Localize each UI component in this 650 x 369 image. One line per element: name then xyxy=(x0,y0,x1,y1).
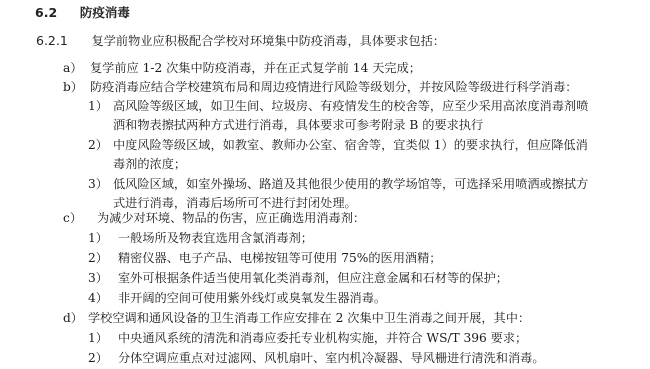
item-b3-label: 3） xyxy=(88,177,108,191)
item-b1-label: 1） xyxy=(88,99,108,113)
clause-number: 6.2.1 xyxy=(36,33,68,48)
item-d2-text: 分体空调应重点对过滤网、风机扇叶、室内机冷凝器、导风栅进行清洗和消毒。 xyxy=(118,351,545,365)
item-c-text: 为减少对环境、物品的伤害，应正确选用消毒剂： xyxy=(97,211,365,225)
item-c3-text: 室外可根据条件适当使用氧化类消毒剂，但应注意金属和石材等的保护； xyxy=(118,271,508,285)
item-d-text: 学校空调和通风设备的卫生消毒工作应安排在 2 次集中卫生消毒之间开展，其中： xyxy=(88,311,530,325)
item-c-label: c） xyxy=(63,211,82,225)
item-c2-text: 精密仪器、电子产品、电梯按钮等可使用 75%的医用酒精； xyxy=(118,251,441,265)
item-a-text: 复学前应 1-2 次集中防疫消毒，并在正式复学前 14 天完成； xyxy=(90,61,421,75)
section-title: 防疫消毒 xyxy=(80,5,130,20)
item-d2-label: 2） xyxy=(88,351,108,365)
item-b-text: 防疫消毒应结合学校建筑布局和周边疫情进行风险等级划分，并按风险等级进行科学消毒： xyxy=(90,80,578,94)
item-a-label: a） xyxy=(63,61,82,75)
item-c2-label: 2） xyxy=(88,251,108,265)
item-c1-label: 1） xyxy=(88,231,108,245)
item-b1-line1: 高风险等级区域，如卫生间、垃圾房、有疫情发生的校舍等，应至少采用高浓度消毒剂喷 xyxy=(113,99,588,113)
clause-text: 复学前物业应积极配合学校对环境集中防疫消毒，具体要求包括： xyxy=(92,34,445,48)
item-c3-label: 3） xyxy=(88,271,108,285)
section-number: 6.2 xyxy=(35,5,57,20)
item-b2-line2: 毒剂的浓度； xyxy=(113,157,186,171)
item-d1-text: 中央通风系统的清洗和消毒应委托专业机构实施，并符合 WS/T 396 要求； xyxy=(118,331,527,345)
item-b3-line2: 式进行消毒，消毒后场所可不进行封闭处理。 xyxy=(113,196,357,210)
item-d-label: d） xyxy=(63,311,83,325)
item-b2-line1: 中度风险等级区域，如教室、教师办公室、宿舍等，宜类似 1）的要求执行，但应降低消 xyxy=(113,138,588,152)
item-b3-line1: 低风险区域，如室外操场、路道及其他很少使用的教学场馆等，可选择采用喷洒或擦拭方 xyxy=(113,177,588,191)
item-d1-label: 1） xyxy=(88,331,108,345)
item-b1-line2: 洒和物表擦拭两种方式进行消毒，具体要求可参考附录 B 的要求执行 xyxy=(113,118,483,132)
item-c4-text: 非开阔的空间可使用紫外线灯或臭氧发生器消毒。 xyxy=(118,291,386,305)
item-c4-label: 4） xyxy=(88,291,108,305)
item-b-label: b） xyxy=(63,80,83,94)
item-b2-label: 2） xyxy=(88,138,108,152)
clause-6-2-1: 6.2.1 复学前物业应积极配合学校对环境集中防疫消毒，具体要求包括： xyxy=(36,34,445,48)
section-heading: 6.2 防疫消毒 xyxy=(35,6,130,20)
item-c1-text: 一般场所及物表宜选用含氯消毒剂； xyxy=(118,231,313,245)
